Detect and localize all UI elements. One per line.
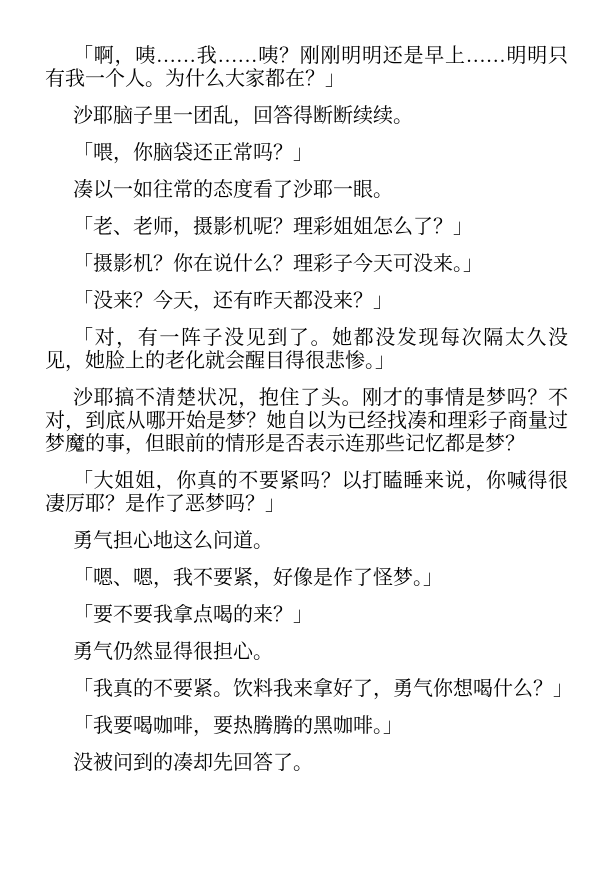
paragraph-narration: 勇气仍然显得很担心。: [45, 641, 568, 664]
paragraph-dialogue: 「老、老师，摄影机呢？理彩姐姐怎么了？」: [45, 216, 568, 239]
paragraph-dialogue: 「大姐姐，你真的不要紧吗？以打瞌睡来说，你喊得很凄厉耶？是作了恶梦吗？」: [45, 470, 568, 516]
paragraph-narration: 没被问到的凑却先回答了。: [45, 752, 568, 775]
paragraph-dialogue: 「对，有一阵子没见到了。她都没发现每次隔太久没见，她脸上的老化就会醒目得很悲惨。…: [45, 327, 568, 373]
paragraph-narration: 沙耶脑子里一团乱，回答得断断续续。: [45, 105, 568, 128]
paragraph-dialogue: 「要不要我拿点喝的来？」: [45, 604, 568, 627]
paragraph-dialogue: 「我要喝咖啡，要热腾腾的黑咖啡。」: [45, 715, 568, 738]
paragraph-narration: 沙耶搞不清楚状况，抱住了头。刚才的事情是梦吗？不对，到底从哪开始是梦？她自以为已…: [45, 387, 568, 456]
paragraph-dialogue: 「摄影机？你在说什么？理彩子今天可没来。」: [45, 253, 568, 276]
paragraph-dialogue: 「喂，你脑袋还正常吗？」: [45, 142, 568, 165]
paragraph-dialogue: 「嗯、嗯，我不要紧，好像是作了怪梦。」: [45, 567, 568, 590]
paragraph-dialogue: 「没来？今天，还有昨天都没来？」: [45, 290, 568, 313]
paragraph-dialogue: 「我真的不要紧。饮料我来拿好了，勇气你想喝什么？」: [45, 678, 568, 701]
paragraph-narration: 凑以一如往常的态度看了沙耶一眼。: [45, 179, 568, 202]
paragraph-dialogue: 「啊，咦……我……咦？刚刚明明还是早上……明明只有我一个人。为什么大家都在？」: [45, 45, 568, 91]
book-page: 「啊，咦……我……咦？刚刚明明还是早上……明明只有我一个人。为什么大家都在？」 …: [0, 0, 613, 869]
paragraph-narration: 勇气担心地这么问道。: [45, 530, 568, 553]
